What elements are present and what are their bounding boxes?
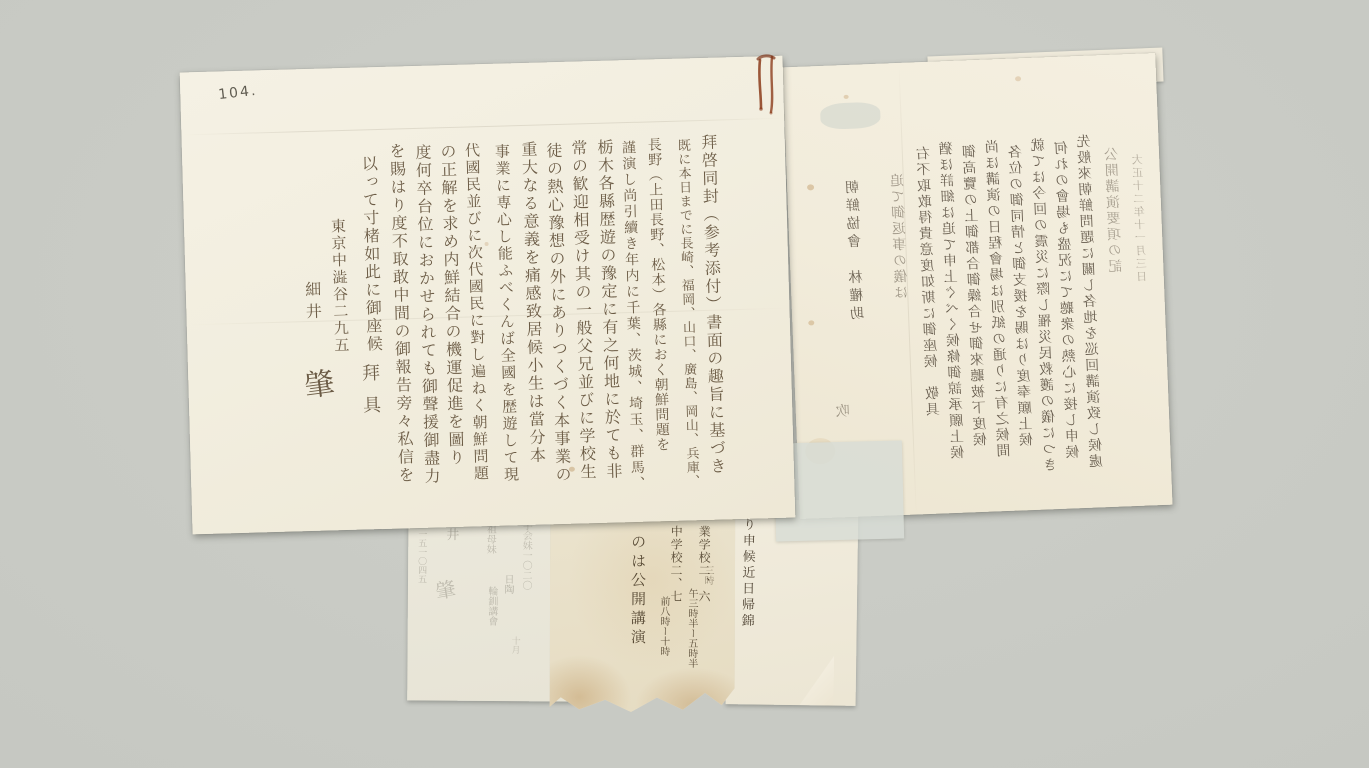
faint-column: 輪釧講會 bbox=[486, 586, 496, 626]
letter-column-1: 拜啓同封（参考添付）書面の趣旨に基づき bbox=[700, 134, 726, 476]
faint-column: 字会妹一〇二〇 bbox=[520, 520, 530, 590]
paper-crease bbox=[181, 118, 784, 136]
faint-column: 十月 bbox=[510, 636, 519, 654]
schedule-time: 午三時半ー五時半 bbox=[686, 588, 696, 668]
schedule-place: 中学校二、七 bbox=[670, 525, 682, 603]
bleed-column-short: 追て御返事の儀は bbox=[891, 173, 910, 301]
faint-character-i: 井 bbox=[444, 528, 457, 541]
paper-crease bbox=[187, 308, 790, 326]
bleed-column: 猶ほ詳細は追て申上ぐべく候條御諒承願上候 bbox=[939, 141, 965, 461]
bleed-column: 就ては今回の震災に際し罹災民救護の儀につき bbox=[1031, 137, 1058, 473]
bleed-column: 御高覽の上御都合御繰合せ御來聽被下度候 bbox=[963, 144, 989, 448]
letter-column-2: 既に本日までに長崎、福岡、山口、廣島、岡山、兵庫、 bbox=[676, 138, 699, 488]
signature-given-name: 肇 bbox=[298, 367, 332, 403]
faint-column: 祖母妹 bbox=[484, 524, 494, 554]
letter-column-6: 常の歓迎相受け其の一般父兄並びに学校生 bbox=[570, 139, 596, 481]
bleed-column: 先般來朝鮮問題に關し各地を巡回講演致し候處 bbox=[1077, 134, 1104, 470]
letter-column-7: 徒の熱心豫想の外にありつくづく本事業の bbox=[545, 142, 571, 484]
bleed-column: 各位の御同情と御支援を賜はり度奉願上候 bbox=[1009, 144, 1035, 448]
letter-column-10: 代國民並びに次代國民に對し遍ねく朝鮮問題 bbox=[464, 142, 488, 482]
public-lecture-note: のは公開講演 bbox=[630, 534, 645, 648]
faint-signature-bleed: 肇 bbox=[432, 578, 455, 601]
schedule-place: 業学校二、六 bbox=[698, 525, 710, 603]
bleed-column-heading: 公開講演要項の記 bbox=[1105, 146, 1124, 274]
archive-page-number: 104. bbox=[217, 83, 258, 103]
bleed-column: 右不取敢得貴意度如斯に御座候 敬具 bbox=[917, 146, 941, 418]
signer-family-name: 細井 bbox=[304, 281, 321, 325]
faint-pencil-scribble: 一五一〇四五 bbox=[416, 529, 425, 583]
foxing-spot bbox=[485, 242, 489, 246]
left-letter-page: 104. 拜啓同封（参考添付）書面の趣旨に基づき 既に本日までに長崎、福岡、山口… bbox=[180, 56, 796, 535]
rust-staple-mark bbox=[748, 52, 788, 118]
photo-of-archival-letters: 一五一〇四五 井 肇 祖母妹 字会妹一〇二〇 日陶 輪釧講會 十月 り申候近日帰… bbox=[0, 0, 1369, 768]
letter-column-14: 以って寸楮如此に御座候 bbox=[360, 155, 382, 353]
letter-column-5: 栃木各縣歴遊の豫定に有之何地に於ても非 bbox=[596, 138, 622, 480]
faint-column: 日陶 bbox=[502, 574, 512, 594]
strip-ink-column: り申候近日帰錦 bbox=[740, 517, 755, 629]
folded-corner bbox=[800, 655, 835, 705]
letter-column-12: 度何卒台位におかせられても御聲援御盡力 bbox=[414, 144, 440, 486]
bleed-column: 何れの會場も盛況にて聽衆の熱心に接し申候 bbox=[1054, 140, 1080, 460]
bleed-column-end: 吹 bbox=[836, 403, 851, 420]
letter-column-11: の正解を求め内鮮結合の機運促進を圖り bbox=[439, 143, 464, 467]
bleed-column-signature: 朝鮮協會 林權助 bbox=[846, 179, 866, 323]
letter-column-8: 重大なる意義を痛感致居候小生は當分本 bbox=[520, 141, 545, 465]
letter-column-13: を賜はり度不取敢中間の御報告旁々私信を bbox=[388, 142, 414, 484]
schedule-time: 前八時ー十時 bbox=[658, 596, 668, 656]
bleed-column: 尚ほ講演の日程會場は別紙の通りに有之候間 bbox=[985, 139, 1011, 459]
bleed-column-date: 大正十二年十一月三日 bbox=[1132, 154, 1148, 284]
letter-column-4: 謹演し尚引續き年内に千葉、茨城、埼玉、群馬、 bbox=[621, 140, 645, 492]
closing-haigu: 拜具 bbox=[360, 363, 380, 427]
letter-column-9: 事業に専心し能ふべくんば全國を歴遊して現 bbox=[494, 143, 518, 483]
sender-address: 東京中澁谷二九五 bbox=[330, 218, 349, 354]
letter-column-3: 長野（上田長野、松本）各縣におく朝鮮問題を bbox=[647, 137, 670, 452]
